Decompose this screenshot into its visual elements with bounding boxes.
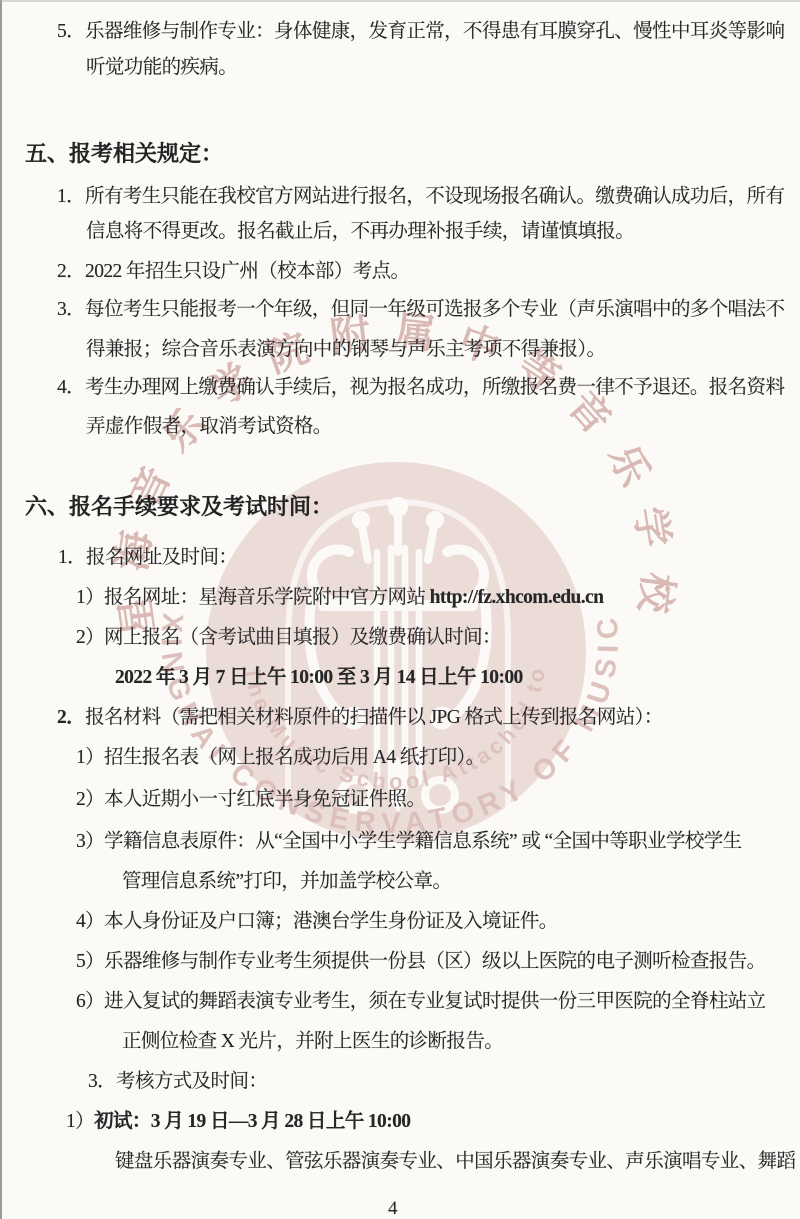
text-line: 3．考核方式及时间：	[88, 1071, 267, 1093]
text-run: 5．乐器维修与制作专业：身体健康，发育正常，不得患有耳膜穿孔、慢性中耳炎等影响	[57, 21, 784, 42]
text-run: 5）乐器维修与制作专业考生须提供一份县（区）级以上医院的电子测听检查报告。	[76, 951, 766, 972]
scan-edge-artifact-top	[0, 0, 800, 2]
text-run: 2）网上报名（含考试曲目填报）及缴费确认时间：	[76, 627, 501, 648]
text-line: 1）报名网址：星海音乐学院附中官方网站 http://fz.xhcom.edu.…	[76, 587, 603, 609]
text-run: 得兼报；综合音乐表演方向中的钢琴与声乐主考项不得兼报）。	[86, 339, 605, 360]
text-line: 4．考生办理网上缴费确认手续后，视为报名成功，所缴报名费一律不予退还。报名资料	[57, 377, 784, 399]
text-run: 1）报名网址：星海音乐学院附中官方网站	[76, 587, 430, 608]
text-run: 管理信息系统”打印，并加盖学校公章。	[122, 871, 451, 892]
document-page: 星海音乐学院附属中等音乐学校 XINGHAI CONSERVATORY OF M…	[0, 0, 800, 1219]
text-run: 听觉功能的疾病。	[86, 57, 237, 78]
text-line: 六、报名手续要求及考试时间：	[25, 494, 333, 519]
text-run: 1）	[66, 1111, 94, 1132]
text-run: 1）招生报名表（网上报名成功后用 A4 纸打印）。	[76, 747, 485, 768]
text-line: 1．所有考生只能在我校官方网站进行报名，不设现场报名确认。缴费确认成功后，所有	[57, 186, 784, 208]
text-line: 得兼报；综合音乐表演方向中的钢琴与声乐主考项不得兼报）。	[86, 339, 605, 361]
text-line: 5）乐器维修与制作专业考生须提供一份县（区）级以上医院的电子测听检查报告。	[76, 951, 766, 973]
text-run: 正侧位检查 X 光片，并附上医生的诊断报告。	[122, 1031, 503, 1052]
text-line: 1）初试：3 月 19 日—3 月 28 日上午 10:00	[66, 1111, 410, 1133]
text-run-bold: 2022 年 3 月 7 日上午 10:00 至 3 月 14 日上午 10:0…	[115, 667, 523, 688]
text-run: 键盘乐器演奏专业、管弦乐器演奏专业、中国乐器演奏专业、声乐演唱专业、舞蹈	[115, 1151, 795, 1172]
text-line: 2022 年 3 月 7 日上午 10:00 至 3 月 14 日上午 10:0…	[115, 667, 523, 689]
text-line: 信息将不得更改。报名截止后，不再办理补报手续，请谨慎填报。	[86, 221, 634, 243]
text-run-bold: 2．	[57, 707, 85, 728]
text-line: 2．报名材料（需把相关材料原件的扫描件以 JPG 格式上传到报名网站）：	[57, 707, 663, 729]
text-run: 六、报名手续要求及考试时间：	[25, 494, 333, 519]
text-line: 2）本人近期小一寸红底半身免冠证件照。	[76, 789, 425, 811]
text-run: 1．报名网址及时间：	[58, 547, 237, 568]
text-run-bold: http://fz.xhcom.edu.cn	[430, 587, 604, 608]
text-line: 正侧位检查 X 光片，并附上医生的诊断报告。	[122, 1031, 503, 1053]
text-line: 键盘乐器演奏专业、管弦乐器演奏专业、中国乐器演奏专业、声乐演唱专业、舞蹈	[115, 1151, 795, 1173]
text-line: 2）网上报名（含考试曲目填报）及缴费确认时间：	[76, 627, 501, 649]
text-run: 报名材料（需把相关材料原件的扫描件以 JPG 格式上传到报名网站）：	[85, 707, 663, 728]
text-run: 4）本人身份证及户口簿；港澳台学生身份证及入境证件。	[76, 911, 558, 932]
text-line: 1．报名网址及时间：	[58, 547, 237, 569]
text-run: 五、报考相关规定：	[25, 141, 223, 166]
text-line: 管理信息系统”打印，并加盖学校公章。	[122, 871, 451, 893]
text-run: 6）进入复试的舞蹈表演专业考生，须在专业复试时提供一份三甲医院的全脊柱站立	[76, 991, 766, 1012]
text-line: 4）本人身份证及户口簿；港澳台学生身份证及入境证件。	[76, 911, 558, 933]
scan-edge-artifact-left	[0, 0, 2, 1219]
text-line: 1）招生报名表（网上报名成功后用 A4 纸打印）。	[76, 747, 485, 769]
text-run: 1．所有考生只能在我校官方网站进行报名，不设现场报名确认。缴费确认成功后，所有	[57, 186, 784, 207]
text-line: 2．2022 年招生只设广州（校本部）考点。	[57, 261, 409, 283]
text-line: 弄虚作假者，取消考试资格。	[86, 416, 332, 438]
text-line: 3．每位考生只能报考一个年级，但同一年级可选报多个专业（声乐演唱中的多个唱法不	[57, 299, 784, 321]
text-run-bold: 初试：3 月 19 日—3 月 28 日上午 10:00	[94, 1111, 410, 1132]
text-run: 2．2022 年招生只设广州（校本部）考点。	[57, 261, 409, 282]
text-line: 5．乐器维修与制作专业：身体健康，发育正常，不得患有耳膜穿孔、慢性中耳炎等影响	[57, 21, 784, 43]
text-line: 6）进入复试的舞蹈表演专业考生，须在专业复试时提供一份三甲医院的全脊柱站立	[76, 991, 766, 1013]
page-number: 4	[388, 1198, 398, 1219]
text-line: 3）学籍信息表原件：从“全国中小学生学籍信息系统” 或 “全国中等职业学校学生	[76, 831, 742, 853]
text-run: 3．每位考生只能报考一个年级，但同一年级可选报多个专业（声乐演唱中的多个唱法不	[57, 299, 784, 320]
text-line: 听觉功能的疾病。	[86, 57, 237, 79]
text-run: 3．考核方式及时间：	[88, 1071, 267, 1092]
text-run: 3）学籍信息表原件：从“全国中小学生学籍信息系统” 或 “全国中等职业学校学生	[76, 831, 742, 852]
text-run: 弄虚作假者，取消考试资格。	[86, 416, 332, 437]
text-run: 信息将不得更改。报名截止后，不再办理补报手续，请谨慎填报。	[86, 221, 634, 242]
text-line: 五、报考相关规定：	[25, 141, 223, 166]
text-layer: 5．乐器维修与制作专业：身体健康，发育正常，不得患有耳膜穿孔、慢性中耳炎等影响听…	[0, 0, 800, 1219]
text-run: 4．考生办理网上缴费确认手续后，视为报名成功，所缴报名费一律不予退还。报名资料	[57, 377, 784, 398]
text-run: 2）本人近期小一寸红底半身免冠证件照。	[76, 789, 425, 810]
